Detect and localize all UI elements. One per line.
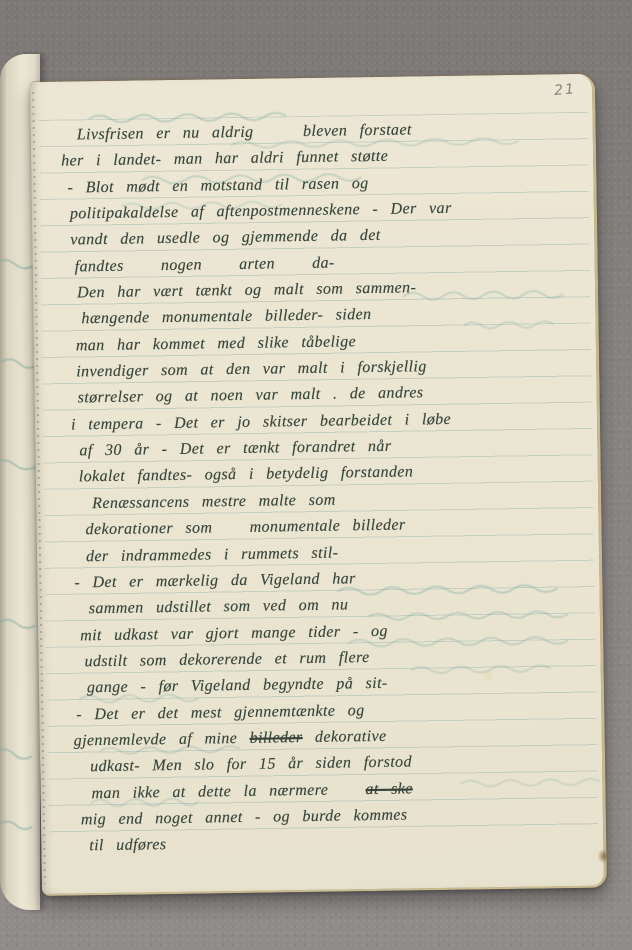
manuscript-text: dekorative [302,728,386,746]
corner-nick [597,849,606,864]
notebook-page: 21 Livsfrisen er nu aldrig bleven forsta… [30,74,607,896]
struck-text: billeder [250,729,303,747]
manuscript: Livsfrisen er nu aldrig bleven forstaeth… [61,115,600,860]
struck-text: at ske [365,780,413,798]
manuscript-text: gjennemlevde af mine [74,730,250,750]
page-number: 21 [554,81,577,99]
manuscript-text: man ikke at dette la nærmere [91,781,365,802]
